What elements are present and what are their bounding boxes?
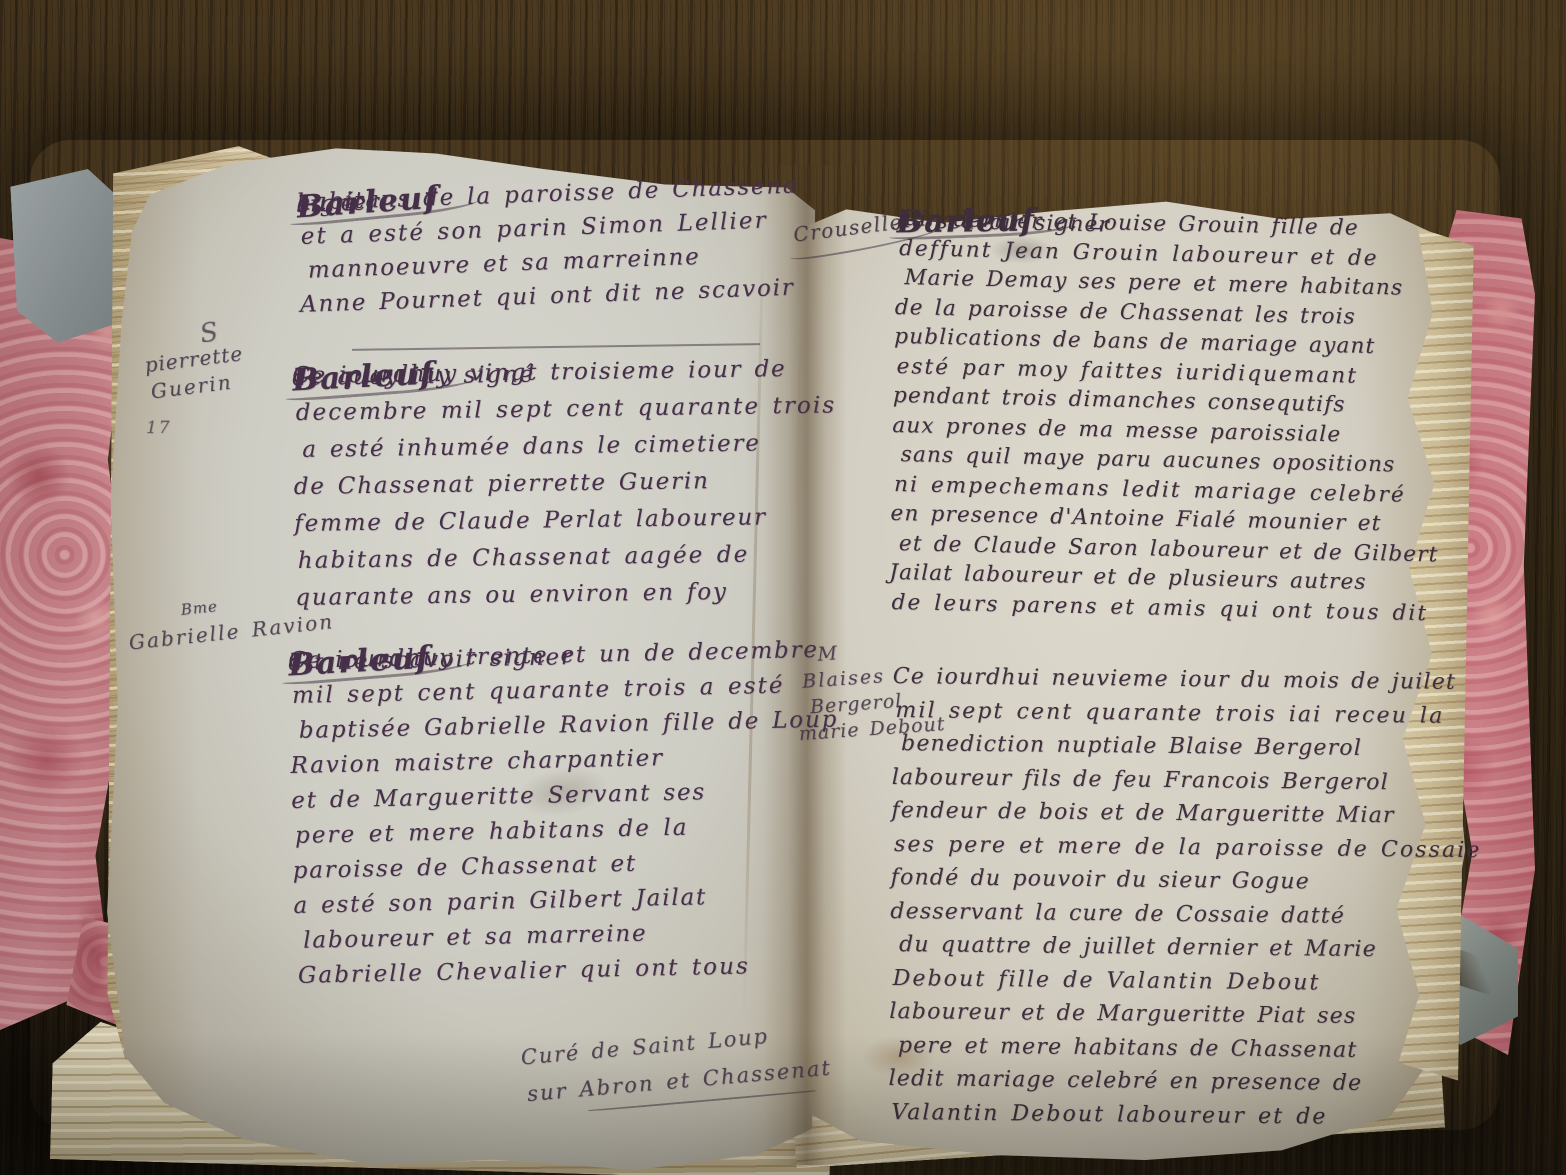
record-lines: Ce iourdhuy trente et un de decembremil … <box>288 633 844 994</box>
margin-scribble-number: 17 <box>146 418 171 438</box>
cure-signature: Barleuf <box>896 206 1035 237</box>
manuscript-line: quarante ans ou environ en foy <box>295 572 839 617</box>
manuscript-line: Valantin Debout laboureur et de <box>891 1096 1479 1136</box>
signature-suffix: curé <box>296 186 357 222</box>
record-lines: Ce iourdhui neuvieme iour du mois de jui… <box>888 660 1483 1135</box>
record-lines: juin dernier et Louise Grouin fille dede… <box>888 204 1445 628</box>
manuscript-photograph: S 17 habitans de la paroisse de Chassena… <box>0 0 1566 1175</box>
cure-signature: Barleuf <box>291 356 435 400</box>
